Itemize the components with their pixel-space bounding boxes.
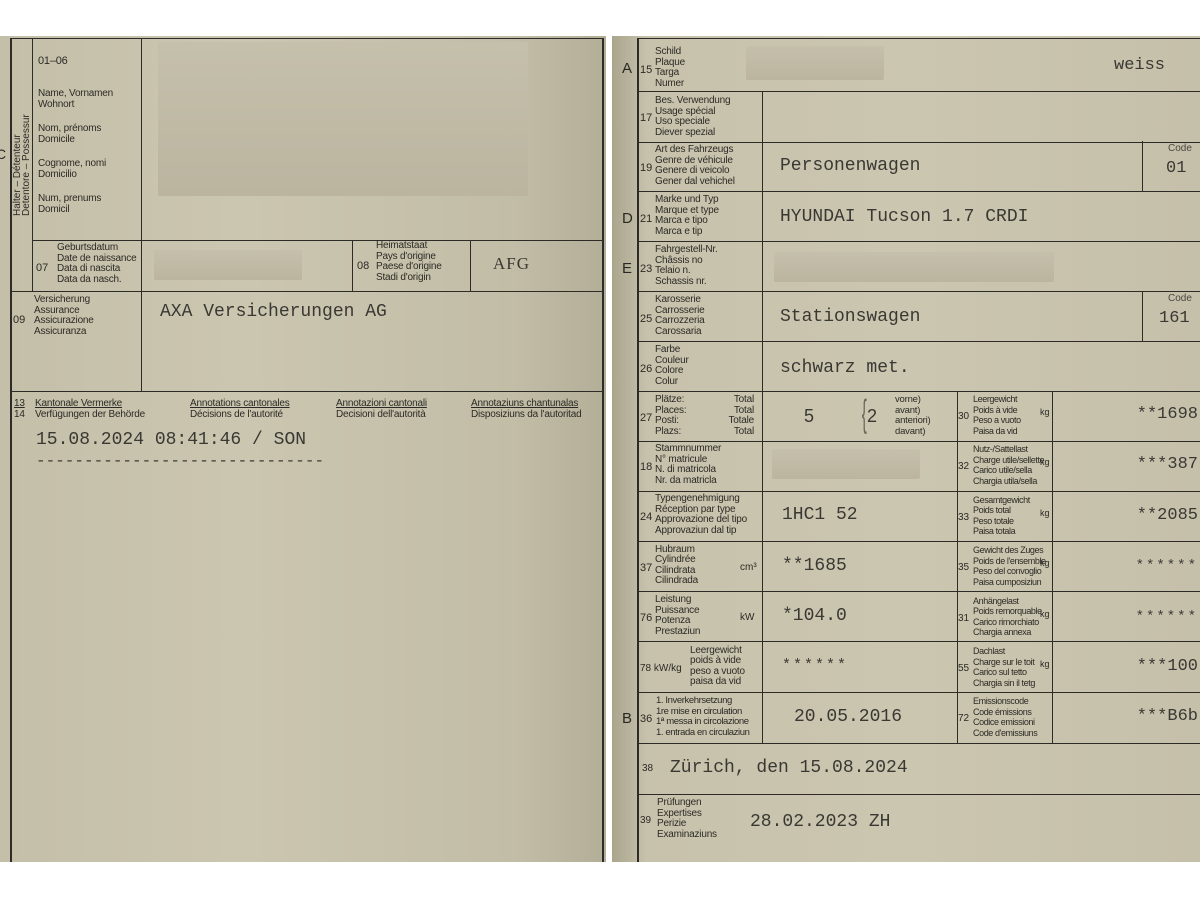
unit-label: kg: [1040, 609, 1050, 619]
field-72-labels: EmissionscodeCode émissionsCodice emissi…: [973, 696, 1037, 738]
field-number-08: 08: [357, 260, 369, 272]
color-labels: FarbeCouleurColoreColur: [655, 345, 689, 387]
holder-label-it: Cognome, nomiDomicilio: [38, 159, 106, 180]
inspections-labels: PrüfungenExpertisesPerizieExaminaziuns: [657, 798, 717, 840]
field-76-value: *104.0: [782, 606, 847, 626]
annotation-header-it: Annotazioni cantonaliDecisioni dell'auto…: [336, 399, 427, 420]
field-55-value: ***100: [1137, 657, 1198, 676]
place-date-value: Zürich, den 15.08.2024: [670, 758, 908, 778]
unit-label: kg: [1040, 457, 1050, 467]
annotation-header-rm: Annotaziuns chantunalasDisposiziuns da l…: [471, 399, 581, 420]
field-30-labels: LeergewichtPoids à videPeso a vuotoPaisa…: [973, 394, 1021, 436]
unit-label: kg: [1040, 407, 1050, 417]
field-36-value: 20.05.2016: [794, 707, 902, 727]
body-code-label: Code: [1168, 293, 1192, 304]
birthdate-redacted: [154, 250, 302, 280]
field-76-labels: LeistungPuissancePotenzaPrestaziun: [655, 595, 700, 637]
plate-labels: SchildPlaqueTargaNumer: [655, 47, 685, 89]
plate-color-value: weiss: [1114, 56, 1165, 75]
field-55-labels: DachlastCharge sur le toitCarico sul tet…: [973, 646, 1035, 688]
vehicle-type-code-label: Code: [1168, 143, 1192, 154]
field-number-78: 78 kW/kg: [640, 663, 682, 674]
field-number-37: 37: [640, 562, 652, 574]
unit-label: kg: [1040, 558, 1050, 568]
field-number-31: 31: [958, 613, 969, 624]
holder-label-rm: Num, prenumsDomicil: [38, 194, 101, 215]
row-letter-e: E: [622, 260, 632, 277]
field-78-labels: Leergewichtpoids à videpeso a vuotopaisa…: [690, 646, 745, 688]
field-number-26: 26: [640, 363, 652, 375]
vehicle-type-code: 01: [1166, 159, 1186, 178]
holder-label-de: Name, VornamenWohnort: [38, 89, 113, 110]
holder-label-fr: Nom, prénomsDomicile: [38, 124, 101, 145]
body-code: 161: [1159, 309, 1190, 328]
seats-total-labels: TotalTotalTotaleTotal: [722, 395, 754, 437]
insurance-labels: VersicherungAssuranceAssicurazioneAssicu…: [34, 295, 94, 337]
field-number-17: 17: [640, 112, 652, 124]
seats-front-labels: vorne)avant)anteriori)davant): [895, 395, 931, 437]
seats-total-value: 5: [804, 406, 814, 427]
field-24-labels: TypengenehmigungRéception par typeApprov…: [655, 494, 747, 536]
field-number-27: 27: [640, 412, 652, 424]
field-33-labels: GesamtgewichtPoids totalPeso totalePaisa…: [973, 495, 1030, 537]
field-number-72: 72: [958, 713, 969, 724]
field-31-value: ******: [1136, 609, 1198, 625]
field-number-15: 15: [640, 64, 652, 76]
annotation-header-fr: Annotations cantonalesDécisions de l'aut…: [190, 399, 290, 420]
field-number-25: 25: [640, 313, 652, 325]
field-30-value: **1698: [1137, 405, 1198, 424]
field-33-value: **2085: [1137, 506, 1198, 525]
field-32-value: ***387: [1137, 455, 1198, 474]
field-number-39: 39: [640, 815, 651, 826]
unit-label: cm³: [740, 562, 757, 573]
field-number-32: 32: [958, 461, 969, 472]
field-number-36: 36: [640, 713, 652, 725]
registry-number-redacted: [772, 449, 920, 479]
section-letter-c: C: [0, 146, 6, 162]
make-model-value: HYUNDAI Tucson 1.7 CRDI: [780, 207, 1028, 227]
insurance-value: AXA Versicherungen AG: [160, 302, 387, 322]
unit-label: kW: [740, 612, 754, 623]
field-35-value: ******: [1136, 558, 1198, 574]
field-35-labels: Gewicht des ZugesPoids de l'ensemblePeso…: [973, 545, 1046, 587]
field-number-09: 09: [13, 314, 25, 326]
holder-field-range: 01–06: [38, 56, 68, 67]
row-letter-a: A: [622, 60, 632, 77]
annotation-header-de: Kantonale VermerkeVerfügungen der Behörd…: [35, 399, 145, 420]
field-number-76: 76: [640, 612, 652, 624]
birthdate-labels: GeburtsdatumDate de naissanceData di nas…: [57, 243, 136, 285]
seats-front-value: 2: [867, 406, 877, 427]
plate-number-redacted: [746, 46, 884, 80]
field-number-30: 30: [958, 411, 969, 422]
field-37-value: **1685: [782, 556, 847, 576]
field-number-38: 38: [642, 763, 653, 774]
vehicle-type-value: Personenwagen: [780, 156, 920, 176]
special-use-labels: Bes. VerwendungUsage spécialUso speciale…: [655, 96, 730, 138]
annotation-entry: 15.08.2024 08:41:46 / SON: [36, 430, 306, 450]
field-number-55: 55: [958, 663, 969, 674]
field-72-value: ***B6b: [1137, 707, 1198, 726]
chassis-number-redacted: [774, 252, 1054, 282]
right-page: A 15 SchildPlaqueTargaNumer weiss 17 Bes…: [612, 36, 1200, 862]
field-number-21: 21: [640, 213, 652, 225]
origin-labels: HeimatstaatPays d'originePaese d'origine…: [376, 241, 442, 283]
field-24-value: 1HC1 52: [782, 505, 858, 525]
field-number-33: 33: [958, 512, 969, 523]
field-number-07: 07: [36, 262, 48, 274]
row-letter-b: B: [622, 710, 632, 727]
holder-name-redacted: [158, 42, 528, 196]
left-page: C Halter – Détenteur Detentore – Possess…: [0, 36, 606, 862]
vehicle-type-labels: Art des FahrzeugsGenre de véhiculeGenere…: [655, 145, 735, 187]
field-number-19: 19: [640, 162, 652, 174]
field-number-24: 24: [640, 511, 652, 523]
field-number-23: 23: [640, 263, 652, 275]
origin-value: AFG: [493, 254, 530, 274]
field-36-labels: 1. Inverkehrsetzung1re mise en circulati…: [656, 696, 750, 738]
unit-label: kg: [1040, 508, 1050, 518]
chassis-labels: Fahrgestell-Nr.Châssis noTelaio n.Schass…: [655, 245, 718, 287]
body-labels: KarosserieCarrosserieCarrozzeriaCarossar…: [655, 295, 704, 337]
row-letter-d: D: [622, 210, 633, 227]
field-32-labels: Nutz-/SattellastCharge utile/selletteCar…: [973, 444, 1044, 486]
field-78-value: ******: [782, 657, 848, 674]
field-number-35: 35: [958, 562, 969, 573]
field-37-labels: HubraumCylindréeCilindrataCilindrada: [655, 545, 698, 587]
seats-labels: Plätze:Places:Posti:Plazs:: [655, 395, 686, 437]
field-31-labels: AnhängelastPoids remorquableCarico rimor…: [973, 596, 1042, 638]
annotation-separator: ------------------------------: [36, 452, 324, 470]
make-model-labels: Marke und TypMarque et typeMarca e tipoM…: [655, 195, 719, 237]
holder-vertical-label-2: Detentore – Possessur: [22, 114, 32, 216]
field-18-labels: StammnummerN° matriculeN. di matricolaNr…: [655, 444, 721, 486]
field-number-18: 18: [640, 461, 652, 473]
annotation-numbers: 1314: [14, 399, 25, 420]
unit-label: kg: [1040, 659, 1050, 669]
body-value: Stationswagen: [780, 307, 920, 327]
inspections-value: 28.02.2023 ZH: [750, 812, 890, 832]
color-value: schwarz met.: [780, 358, 910, 378]
